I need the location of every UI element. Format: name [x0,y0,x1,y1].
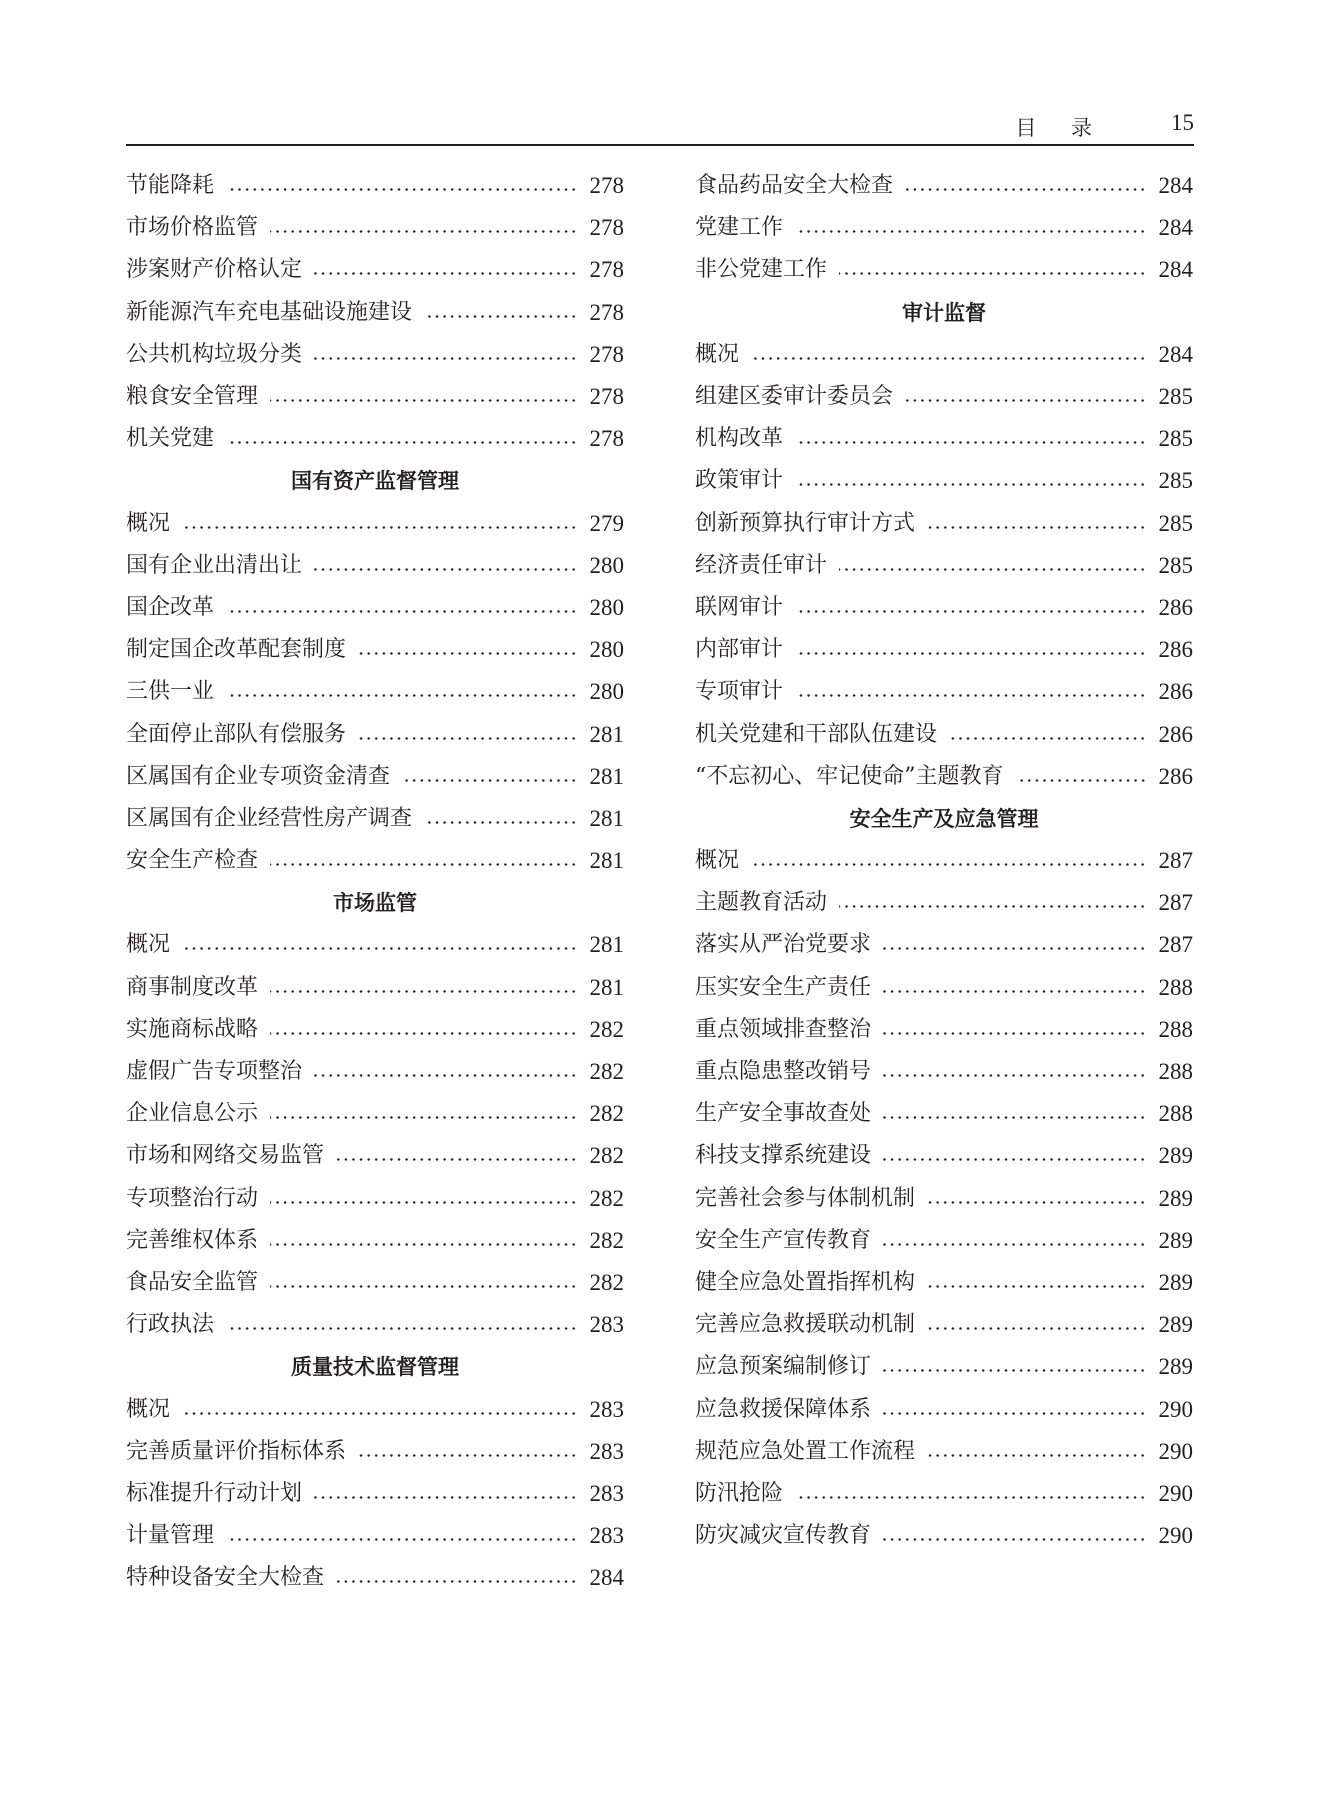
dot-leader [927,1431,1146,1473]
entry-title: 国企改革 [126,587,226,629]
entry-title: 经济责任审计 [695,545,839,587]
dot-leader [270,840,577,882]
toc-entry[interactable]: 行政执法283 [126,1304,624,1346]
dot-leader [226,165,577,207]
entry-page-number: 278 [578,165,625,207]
dot-leader [424,292,577,334]
entry-page-number: 282 [578,1051,625,1093]
entry-title: 完善社会参与体制机制 [695,1178,927,1220]
toc-entry[interactable]: 虚假广告专项整治282 [126,1051,624,1093]
toc-entry[interactable]: 食品安全监管282 [126,1262,624,1304]
entry-title: 标准提升行动计划 [126,1473,314,1515]
entry-page-number: 281 [578,840,625,882]
toc-entry[interactable]: 粮食安全管理278 [126,376,624,418]
entry-page-number: 286 [1147,714,1194,756]
entry-page-number: 281 [578,714,625,756]
dot-leader [795,418,1146,460]
entry-title: 机关党建 [126,418,226,460]
toc-entry[interactable]: 党建工作284 [695,207,1193,249]
dot-leader [270,1220,577,1262]
entry-title: 专项整治行动 [126,1178,270,1220]
dot-leader [883,924,1146,966]
entry-page-number: 289 [1147,1220,1194,1262]
toc-entry[interactable]: 涉案财产价格认定278 [126,249,624,291]
toc-entry[interactable]: 公共机构垃圾分类278 [126,334,624,376]
toc-entry[interactable]: 完善社会参与体制机制289 [695,1178,1193,1220]
entry-title: 防灾减灾宣传教育 [695,1515,883,1557]
toc-entry[interactable]: 特种设备安全大检查284 [126,1557,624,1599]
dot-leader [1016,756,1147,798]
toc-entry[interactable]: 商事制度改革281 [126,967,624,1009]
entry-title: 三供一业 [126,671,226,713]
entry-page-number: 282 [578,1220,625,1262]
dot-leader [270,207,577,249]
entry-page-number: 284 [578,1557,625,1599]
toc-entry[interactable]: 区属国有企业专项资金清查281 [126,756,624,798]
dot-leader [883,1051,1146,1093]
toc-entry[interactable]: 非公党建工作284 [695,249,1193,291]
dot-leader [402,756,577,798]
entry-page-number: 283 [578,1431,625,1473]
toc-entry[interactable]: 国有企业出清出让280 [126,545,624,587]
toc-entry[interactable]: 安全生产检查281 [126,840,624,882]
dot-leader [883,1093,1146,1135]
dot-leader [795,1473,1146,1515]
dot-leader [182,503,577,545]
entry-page-number: 284 [1147,207,1194,249]
dot-leader [358,1431,577,1473]
toc-entry[interactable]: 节能降耗278 [126,165,624,207]
entry-page-number: 288 [1147,1051,1194,1093]
entry-page-number: 280 [578,545,625,587]
toc-entry[interactable]: 机关党建和干部队伍建设286 [695,713,1193,755]
entry-title: 概况 [126,503,182,545]
entry-page-number: 289 [1147,1135,1194,1177]
section-heading: 安全生产及应急管理 [695,798,1193,840]
dot-leader [751,334,1146,376]
toc-entry[interactable]: 实施商标战略282 [126,1009,624,1051]
entry-page-number: 278 [578,418,625,460]
entry-page-number: 288 [1147,967,1194,1009]
entry-title: 落实从严治党要求 [695,924,883,966]
entry-title: 企业信息公示 [126,1093,270,1135]
entry-title: 市场价格监管 [126,207,270,249]
dot-leader [927,1178,1146,1220]
entry-title: 实施商标战略 [126,1009,270,1051]
entry-title: 政策审计 [695,460,795,502]
entry-title: 制定国企改革配套制度 [126,629,358,671]
entry-title: 新能源汽车充电基础设施建设 [126,292,424,334]
toc-entry[interactable]: 内部审计286 [695,629,1193,671]
toc-entry[interactable]: 专项整治行动282 [126,1178,624,1220]
toc-right-column: 食品药品安全大检查284党建工作284非公党建工作284审计监督概况284组建区… [695,165,1193,1557]
toc-entry[interactable]: 食品药品安全大检查284 [695,165,1193,207]
toc-entry[interactable]: 完善应急救援联动机制289 [695,1304,1193,1346]
entry-title: 区属国有企业专项资金清查 [126,756,402,798]
dot-leader [270,1178,577,1220]
toc-entry[interactable]: 重点领域排查整治288 [695,1009,1193,1051]
toc-entry[interactable]: 国企改革280 [126,587,624,629]
entry-title: 概况 [695,334,751,376]
dot-leader [883,1515,1146,1557]
toc-entry[interactable]: 应急救援保障体系290 [695,1388,1193,1430]
dot-leader [226,1304,577,1346]
entry-page-number: 278 [578,292,625,334]
entry-page-number: 280 [578,587,625,629]
entry-page-number: 282 [578,1135,625,1177]
entry-page-number: 286 [1147,587,1194,629]
entry-title: 联网审计 [695,587,795,629]
entry-page-number: 278 [578,376,625,418]
toc-entry[interactable]: 全面停止部队有偿服务281 [126,713,624,755]
entry-page-number: 279 [578,503,625,545]
entry-title: 健全应急处置指挥机构 [695,1262,927,1304]
entry-page-number: 287 [1147,840,1194,882]
entry-title: 重点领域排查整治 [695,1009,883,1051]
toc-entry[interactable]: 市场和网络交易监管282 [126,1135,624,1177]
section-heading: 质量技术监督管理 [126,1346,624,1388]
entry-title: 非公党建工作 [695,249,839,291]
entry-page-number: 281 [578,756,625,798]
entry-title: 专项审计 [695,671,795,713]
entry-page-number: 278 [578,334,625,376]
toc-entry[interactable]: 创新预算执行审计方式285 [695,503,1193,545]
entry-page-number: 286 [1147,756,1194,798]
entry-page-number: 280 [578,629,625,671]
toc-entry[interactable]: 经济责任审计285 [695,545,1193,587]
toc-entry[interactable]: 完善质量评价指标体系283 [126,1431,624,1473]
entry-page-number: 285 [1147,418,1194,460]
dot-leader [358,714,577,756]
dot-leader [795,671,1146,713]
dot-leader [883,1346,1146,1388]
entry-page-number: 281 [578,798,625,840]
entry-title: 概况 [126,1389,182,1431]
entry-title: 粮食安全管理 [126,376,270,418]
toc-entry[interactable]: 安全生产宣传教育289 [695,1220,1193,1262]
toc-entry[interactable]: 计量管理283 [126,1515,624,1557]
toc-entry[interactable]: 主题教育活动287 [695,882,1193,924]
dot-leader [314,545,577,587]
entry-title: 内部审计 [695,629,795,671]
dot-leader [226,418,577,460]
dot-leader [182,1389,577,1431]
toc-entry[interactable]: 落实从严治党要求287 [695,924,1193,966]
entry-page-number: 289 [1147,1304,1194,1346]
entry-title: 全面停止部队有偿服务 [126,714,358,756]
dot-leader [883,967,1146,1009]
toc-entry[interactable]: 新能源汽车充电基础设施建设278 [126,292,624,334]
entry-page-number: 290 [1147,1431,1194,1473]
dot-leader [751,840,1146,882]
dot-leader [883,1009,1146,1051]
entry-page-number: 288 [1147,1093,1194,1135]
dot-leader [927,503,1146,545]
dot-leader [883,1135,1146,1177]
dot-leader [336,1135,577,1177]
toc-entry[interactable]: 组建区委审计委员会285 [695,376,1193,418]
entry-title: 科技支撑系统建设 [695,1135,883,1177]
entry-title: 行政执法 [126,1304,226,1346]
toc-entry[interactable]: 机关党建278 [126,418,624,460]
entry-title: 节能降耗 [126,165,226,207]
entry-title: 完善维权体系 [126,1220,270,1262]
dot-leader [270,1009,577,1051]
toc-entry[interactable]: 联网审计286 [695,587,1193,629]
toc-entry[interactable]: 应急预案编制修订289 [695,1346,1193,1388]
dot-leader [226,671,577,713]
entry-page-number: 290 [1147,1389,1194,1431]
entry-page-number: 284 [1147,249,1194,291]
toc-entry[interactable]: 科技支撑系统建设289 [695,1135,1193,1177]
header-rule [126,144,1194,146]
dot-leader [949,714,1146,756]
entry-page-number: 283 [578,1304,625,1346]
dot-leader [795,587,1146,629]
dot-leader [226,587,577,629]
dot-leader [314,1051,577,1093]
entry-page-number: 282 [578,1093,625,1135]
entry-page-number: 281 [578,924,625,966]
toc-entry[interactable]: 健全应急处置指挥机构289 [695,1262,1193,1304]
entry-page-number: 282 [578,1262,625,1304]
toc-entry[interactable]: 机构改革285 [695,418,1193,460]
toc-entry[interactable]: 防汛抢险290 [695,1473,1193,1515]
entry-page-number: 283 [578,1473,625,1515]
dot-leader [905,376,1146,418]
dot-leader [927,1262,1146,1304]
entry-page-number: 290 [1147,1515,1194,1557]
entry-page-number: 285 [1147,503,1194,545]
entry-title: 组建区委审计委员会 [695,376,905,418]
entry-page-number: 286 [1147,671,1194,713]
entry-page-number: 289 [1147,1178,1194,1220]
entry-title: 规范应急处置工作流程 [695,1431,927,1473]
entry-page-number: 285 [1147,376,1194,418]
entry-page-number: 283 [578,1389,625,1431]
toc-entry[interactable]: 重点隐患整改销号288 [695,1051,1193,1093]
entry-page-number: 284 [1147,334,1194,376]
entry-title: 机构改革 [695,418,795,460]
toc-entry[interactable]: 概况287 [695,840,1193,882]
toc-entry[interactable]: 区属国有企业经营性房产调查281 [126,798,624,840]
toc-entry[interactable]: 专项审计286 [695,671,1193,713]
page-header: 目 录 15 [126,104,1194,144]
dot-leader [314,1473,577,1515]
entry-title: 完善质量评价指标体系 [126,1431,358,1473]
entry-title: 重点隐患整改销号 [695,1051,883,1093]
section-heading: 市场监管 [126,882,624,924]
entry-page-number: 280 [578,671,625,713]
entry-title: 完善应急救援联动机制 [695,1304,927,1346]
entry-title: 安全生产检查 [126,840,270,882]
dot-leader [314,334,577,376]
entry-page-number: 282 [578,1178,625,1220]
dot-leader [927,1304,1146,1346]
entry-title: 防汛抢险 [695,1473,795,1515]
entry-page-number: 278 [578,207,625,249]
entry-page-number: 281 [578,967,625,1009]
entry-page-number: 282 [578,1009,625,1051]
dot-leader [905,165,1146,207]
toc-entry[interactable]: 完善维权体系282 [126,1220,624,1262]
entry-title: 食品安全监管 [126,1262,270,1304]
dot-leader [182,924,577,966]
entry-page-number: 287 [1147,924,1194,966]
toc-entry[interactable]: 生产安全事故查处288 [695,1093,1193,1135]
entry-title: 主题教育活动 [695,882,839,924]
entry-page-number: 289 [1147,1346,1194,1388]
toc-entry[interactable]: 市场价格监管278 [126,207,624,249]
entry-title: 国有企业出清出让 [126,545,314,587]
dot-leader [883,1220,1146,1262]
entry-title: 虚假广告专项整治 [126,1051,314,1093]
entry-title: 党建工作 [695,207,795,249]
dot-leader [795,460,1146,502]
entry-title: 生产安全事故查处 [695,1093,883,1135]
entry-title: 区属国有企业经营性房产调查 [126,798,424,840]
entry-title: 食品药品安全大检查 [695,165,905,207]
entry-title: 概况 [695,840,751,882]
toc-entry[interactable]: 概况283 [126,1388,624,1430]
entry-page-number: 290 [1147,1473,1194,1515]
dot-leader [336,1557,577,1599]
dot-leader [270,1262,577,1304]
dot-leader [839,545,1146,587]
toc-entry[interactable]: “不忘初心、牢记使命”主题教育286 [695,756,1193,798]
entry-title: 计量管理 [126,1515,226,1557]
dot-leader [314,249,577,291]
dot-leader [839,249,1146,291]
dot-leader [839,882,1146,924]
toc-entry[interactable]: 政策审计285 [695,460,1193,502]
dot-leader [270,1093,577,1135]
toc-entry[interactable]: 企业信息公示282 [126,1093,624,1135]
entry-title: 市场和网络交易监管 [126,1135,336,1177]
entry-title: 安全生产宣传教育 [695,1220,883,1262]
entry-title: 应急救援保障体系 [695,1389,883,1431]
toc-entry[interactable]: 压实安全生产责任288 [695,967,1193,1009]
entry-title: 机关党建和干部队伍建设 [695,714,949,756]
dot-leader [883,1389,1146,1431]
section-heading: 国有资产监督管理 [126,460,624,502]
entry-title: 概况 [126,924,182,966]
entry-page-number: 283 [578,1515,625,1557]
toc-left-column: 节能降耗278市场价格监管278涉案财产价格认定278新能源汽车充电基础设施建设… [126,165,624,1599]
entry-title: 商事制度改革 [126,967,270,1009]
dot-leader [270,967,577,1009]
dot-leader [795,207,1146,249]
toc-entry[interactable]: 概况284 [695,334,1193,376]
entry-page-number: 288 [1147,1009,1194,1051]
toc-entry[interactable]: 概况281 [126,924,624,966]
entry-title: 创新预算执行审计方式 [695,503,927,545]
entry-title: 压实安全生产责任 [695,967,883,1009]
header-title: 目 录 [1015,112,1106,142]
entry-title: 特种设备安全大检查 [126,1557,336,1599]
entry-page-number: 286 [1147,629,1194,671]
section-heading: 审计监督 [695,292,1193,334]
entry-page-number: 278 [578,249,625,291]
dot-leader [424,798,577,840]
entry-title: 应急预案编制修订 [695,1346,883,1388]
toc-entry[interactable]: 概况279 [126,503,624,545]
dot-leader [358,629,577,671]
entry-page-number: 289 [1147,1262,1194,1304]
toc-entry[interactable]: 规范应急处置工作流程290 [695,1431,1193,1473]
entry-title: 公共机构垃圾分类 [126,334,314,376]
dot-leader [226,1515,577,1557]
entry-page-number: 285 [1147,545,1194,587]
dot-leader [270,376,577,418]
entry-title: 涉案财产价格认定 [126,249,314,291]
entry-page-number: 287 [1147,882,1194,924]
entry-title: “不忘初心、牢记使命”主题教育 [695,756,1016,798]
dot-leader [795,629,1146,671]
toc-entry[interactable]: 三供一业280 [126,671,624,713]
toc-entry[interactable]: 防灾减灾宣传教育290 [695,1515,1193,1557]
toc-entry[interactable]: 标准提升行动计划283 [126,1473,624,1515]
header-page-number: 15 [1171,110,1194,136]
entry-page-number: 285 [1147,460,1194,502]
toc-entry[interactable]: 制定国企改革配套制度280 [126,629,624,671]
entry-page-number: 284 [1147,165,1194,207]
